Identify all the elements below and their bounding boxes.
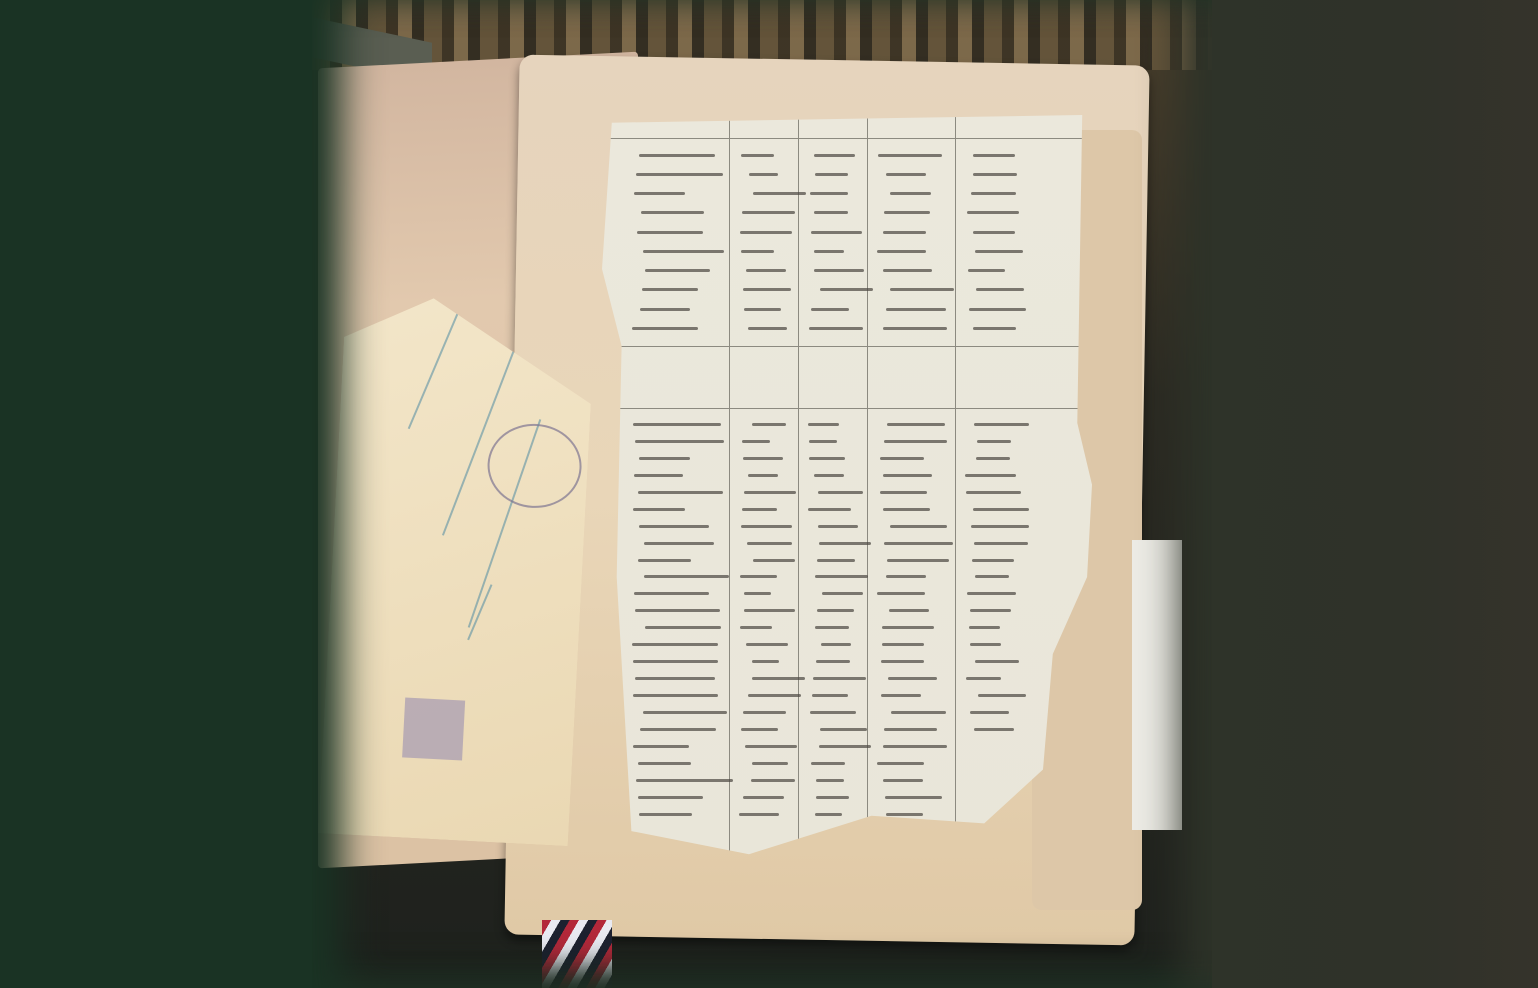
handwriting-stroke <box>639 154 715 157</box>
handwriting-stroke <box>815 626 849 629</box>
handwriting-stroke <box>809 327 863 330</box>
handwriting-stroke <box>748 327 787 330</box>
handwriting-stroke <box>967 211 1019 214</box>
handwriting-stroke <box>969 308 1027 311</box>
handwriting-stroke <box>814 250 843 253</box>
handwriting-stroke <box>882 643 924 646</box>
handwriting-stroke <box>811 308 849 311</box>
ink-stamp <box>402 697 465 760</box>
ledger-row-line <box>602 138 1092 139</box>
handwriting-stroke <box>742 440 770 443</box>
handwriting-stroke <box>638 491 723 494</box>
handwriting-stroke <box>822 592 863 595</box>
handwriting-stroke <box>884 211 930 214</box>
handwriting-stroke <box>745 745 797 748</box>
handwriting-stroke <box>973 173 1017 176</box>
handwriting-stroke <box>816 779 844 782</box>
handwriting-stroke <box>971 525 1029 528</box>
handwriting-stroke <box>746 269 786 272</box>
handwriting-stroke <box>817 609 855 612</box>
handwriting-stroke <box>815 575 869 578</box>
handwriting-stroke <box>883 269 932 272</box>
handwriting-stroke <box>890 525 948 528</box>
ledger-column-line <box>798 115 799 885</box>
handwriting-stroke <box>640 308 690 311</box>
handwriting-stroke <box>743 288 791 291</box>
handwriting-stroke <box>744 491 796 494</box>
handwriting-stroke <box>819 745 871 748</box>
handwriting-stroke <box>643 711 727 714</box>
handwriting-stroke <box>890 288 954 291</box>
handwriting-stroke <box>976 457 1009 460</box>
handwriting-stroke <box>820 728 867 731</box>
handwriting-stroke <box>752 762 788 765</box>
handwriting-stroke <box>813 677 865 680</box>
handwriting-stroke <box>818 525 858 528</box>
handwriting-stroke <box>748 694 801 697</box>
handwriting-stroke <box>969 626 999 629</box>
handwriting-stroke <box>884 542 952 545</box>
handwriting-stroke <box>633 694 717 697</box>
handwriting-stroke <box>749 173 778 176</box>
handwriting-stroke <box>753 192 806 195</box>
handwriting-stroke <box>883 779 923 782</box>
handwriting-stroke <box>886 308 946 311</box>
handwriting-stroke <box>815 813 842 816</box>
handwriting-stroke <box>974 542 1028 545</box>
handwriting-stroke <box>819 542 871 545</box>
ledger-column-line <box>955 115 956 885</box>
handwriting-stroke <box>636 173 723 176</box>
handwriting-stroke <box>811 762 845 765</box>
handwriting-stroke <box>638 559 691 562</box>
handwriting-stroke <box>881 694 921 697</box>
handwriting-stroke <box>973 508 1029 511</box>
handwriting-stroke <box>816 660 850 663</box>
handwriting-stroke <box>639 525 709 528</box>
handwriting-stroke <box>638 762 691 765</box>
handwriting-stroke <box>634 192 685 195</box>
handwriting-stroke <box>641 211 704 214</box>
handwriting-stroke <box>880 491 927 494</box>
handwriting-stroke <box>978 694 1026 697</box>
handwriting-stroke <box>741 525 792 528</box>
handwriting-stroke <box>752 677 804 680</box>
postal-stamp <box>485 422 583 511</box>
handwriting-stroke <box>883 231 925 234</box>
handwriting-stroke <box>974 423 1029 426</box>
handwriting-stroke <box>639 457 691 460</box>
handwriting-stroke <box>741 250 774 253</box>
handwriting-stroke <box>741 154 775 157</box>
handwriting-stroke <box>887 559 948 562</box>
handwriting-stroke <box>645 269 710 272</box>
handwriting-stroke <box>635 677 715 680</box>
handwriting-stroke <box>814 154 855 157</box>
left-panel <box>0 0 330 988</box>
handwriting-stroke <box>751 779 795 782</box>
handwriting-stroke <box>878 154 942 157</box>
handwriting-stroke <box>815 173 848 176</box>
handwriting-stroke <box>976 288 1024 291</box>
handwriting-stroke <box>814 269 864 272</box>
handwriting-stroke <box>752 423 786 426</box>
handwriting-stroke <box>746 643 788 646</box>
ledger-row-line <box>602 408 1092 409</box>
handwriting-stroke <box>644 542 713 545</box>
handwriting-stroke <box>633 423 721 426</box>
handwriting-stroke <box>890 192 931 195</box>
handwriting-stroke <box>812 694 848 697</box>
handwriting-stroke <box>742 211 796 214</box>
handwriting-stroke <box>739 813 779 816</box>
handwriting-stroke <box>889 609 929 612</box>
ledger-page <box>602 115 1092 885</box>
handwriting-stroke <box>821 643 851 646</box>
handwriting-stroke <box>970 609 1012 612</box>
handwriting-stroke <box>740 626 771 629</box>
handwriting-stroke <box>888 677 936 680</box>
handwriting-stroke <box>883 474 932 477</box>
handwriting-stroke <box>744 592 772 595</box>
archive-photo <box>312 0 1212 988</box>
handwriting-stroke <box>970 711 1009 714</box>
handwriting-stroke <box>818 491 862 494</box>
handwriting-stroke <box>887 423 945 426</box>
handwriting-stroke <box>882 626 934 629</box>
handwriting-stroke <box>817 559 854 562</box>
handwriting-stroke <box>974 728 1015 731</box>
handwriting-stroke <box>975 250 1023 253</box>
handwriting-stroke <box>636 779 733 782</box>
handwriting-stroke <box>744 308 781 311</box>
handwriting-stroke <box>883 745 947 748</box>
handwriting-stroke <box>883 327 947 330</box>
handwriting-stroke <box>973 154 1014 157</box>
handwriting-stroke <box>744 609 795 612</box>
handwriting-stroke <box>808 508 851 511</box>
handwriting-stroke <box>885 796 942 799</box>
handwriting-stroke <box>644 575 728 578</box>
handwriting-stroke <box>968 269 1004 272</box>
handwriting-stroke <box>640 728 717 731</box>
handwriting-stroke <box>809 457 846 460</box>
handwriting-stroke <box>743 457 783 460</box>
handwriting-stroke <box>740 575 777 578</box>
handwriting-stroke <box>971 192 1017 195</box>
handwriting-stroke <box>808 423 839 426</box>
handwriting-stroke <box>633 745 689 748</box>
handwriting-stroke <box>886 173 926 176</box>
handwriting-stroke <box>741 728 778 731</box>
handwriting-stroke <box>891 711 946 714</box>
handwriting-stroke <box>742 508 777 511</box>
handwriting-stroke <box>809 440 837 443</box>
handwriting-stroke <box>975 660 1019 663</box>
handwriting-stroke <box>884 728 936 731</box>
handwriting-stroke <box>965 474 1017 477</box>
handwriting-stroke <box>635 440 725 443</box>
handwriting-stroke <box>814 211 847 214</box>
handwriting-stroke <box>635 609 720 612</box>
handwriting-stroke <box>877 762 923 765</box>
handwriting-stroke <box>632 643 717 646</box>
handwriting-stroke <box>816 796 849 799</box>
handwriting-stroke <box>753 559 795 562</box>
handwriting-stroke <box>966 491 1021 494</box>
handwriting-stroke <box>642 288 697 291</box>
striped-cloth <box>542 920 612 988</box>
handwriting-stroke <box>743 796 784 799</box>
handwriting-stroke <box>975 575 1009 578</box>
handwriting-stroke <box>634 474 683 477</box>
side-note-paper <box>1132 540 1182 830</box>
handwriting-stroke <box>752 660 780 663</box>
handwriting-stroke <box>633 660 718 663</box>
handwriting-stroke <box>820 288 873 291</box>
handwriting-stroke <box>880 457 924 460</box>
handwriting-stroke <box>633 508 685 511</box>
ledger-column-line <box>867 115 868 885</box>
handwriting-stroke <box>811 231 862 234</box>
right-panel <box>1200 0 1538 988</box>
handwriting-stroke <box>740 231 792 234</box>
handwriting-stroke <box>747 542 793 545</box>
handwriting-stroke <box>634 592 709 595</box>
handwriting-stroke <box>977 440 1011 443</box>
ledger-row-line <box>602 346 1092 347</box>
handwriting-stroke <box>638 796 702 799</box>
handwriting-stroke <box>639 813 693 816</box>
handwriting-stroke <box>810 192 849 195</box>
handwriting-stroke <box>632 327 699 330</box>
handwriting-stroke <box>637 231 703 234</box>
handwriting-stroke <box>970 643 1000 646</box>
handwriting-stroke <box>877 592 925 595</box>
handwriting-stroke <box>886 575 926 578</box>
handwriting-stroke <box>810 711 856 714</box>
handwriting-stroke <box>883 508 930 511</box>
handwriting-stroke <box>967 592 1016 595</box>
handwriting-stroke <box>972 559 1014 562</box>
handwriting-stroke <box>973 231 1014 234</box>
handwriting-stroke <box>884 440 947 443</box>
ledger-column-line <box>729 115 730 885</box>
handwriting-stroke <box>645 626 722 629</box>
handwriting-stroke <box>643 250 724 253</box>
handwriting-stroke <box>877 250 925 253</box>
handwriting-stroke <box>881 660 923 663</box>
handwriting-stroke <box>748 474 777 477</box>
handwriting-stroke <box>966 677 1002 680</box>
handwriting-stroke <box>814 474 844 477</box>
handwriting-stroke <box>886 813 924 816</box>
handwriting-stroke <box>973 327 1016 330</box>
handwriting-stroke <box>743 711 786 714</box>
